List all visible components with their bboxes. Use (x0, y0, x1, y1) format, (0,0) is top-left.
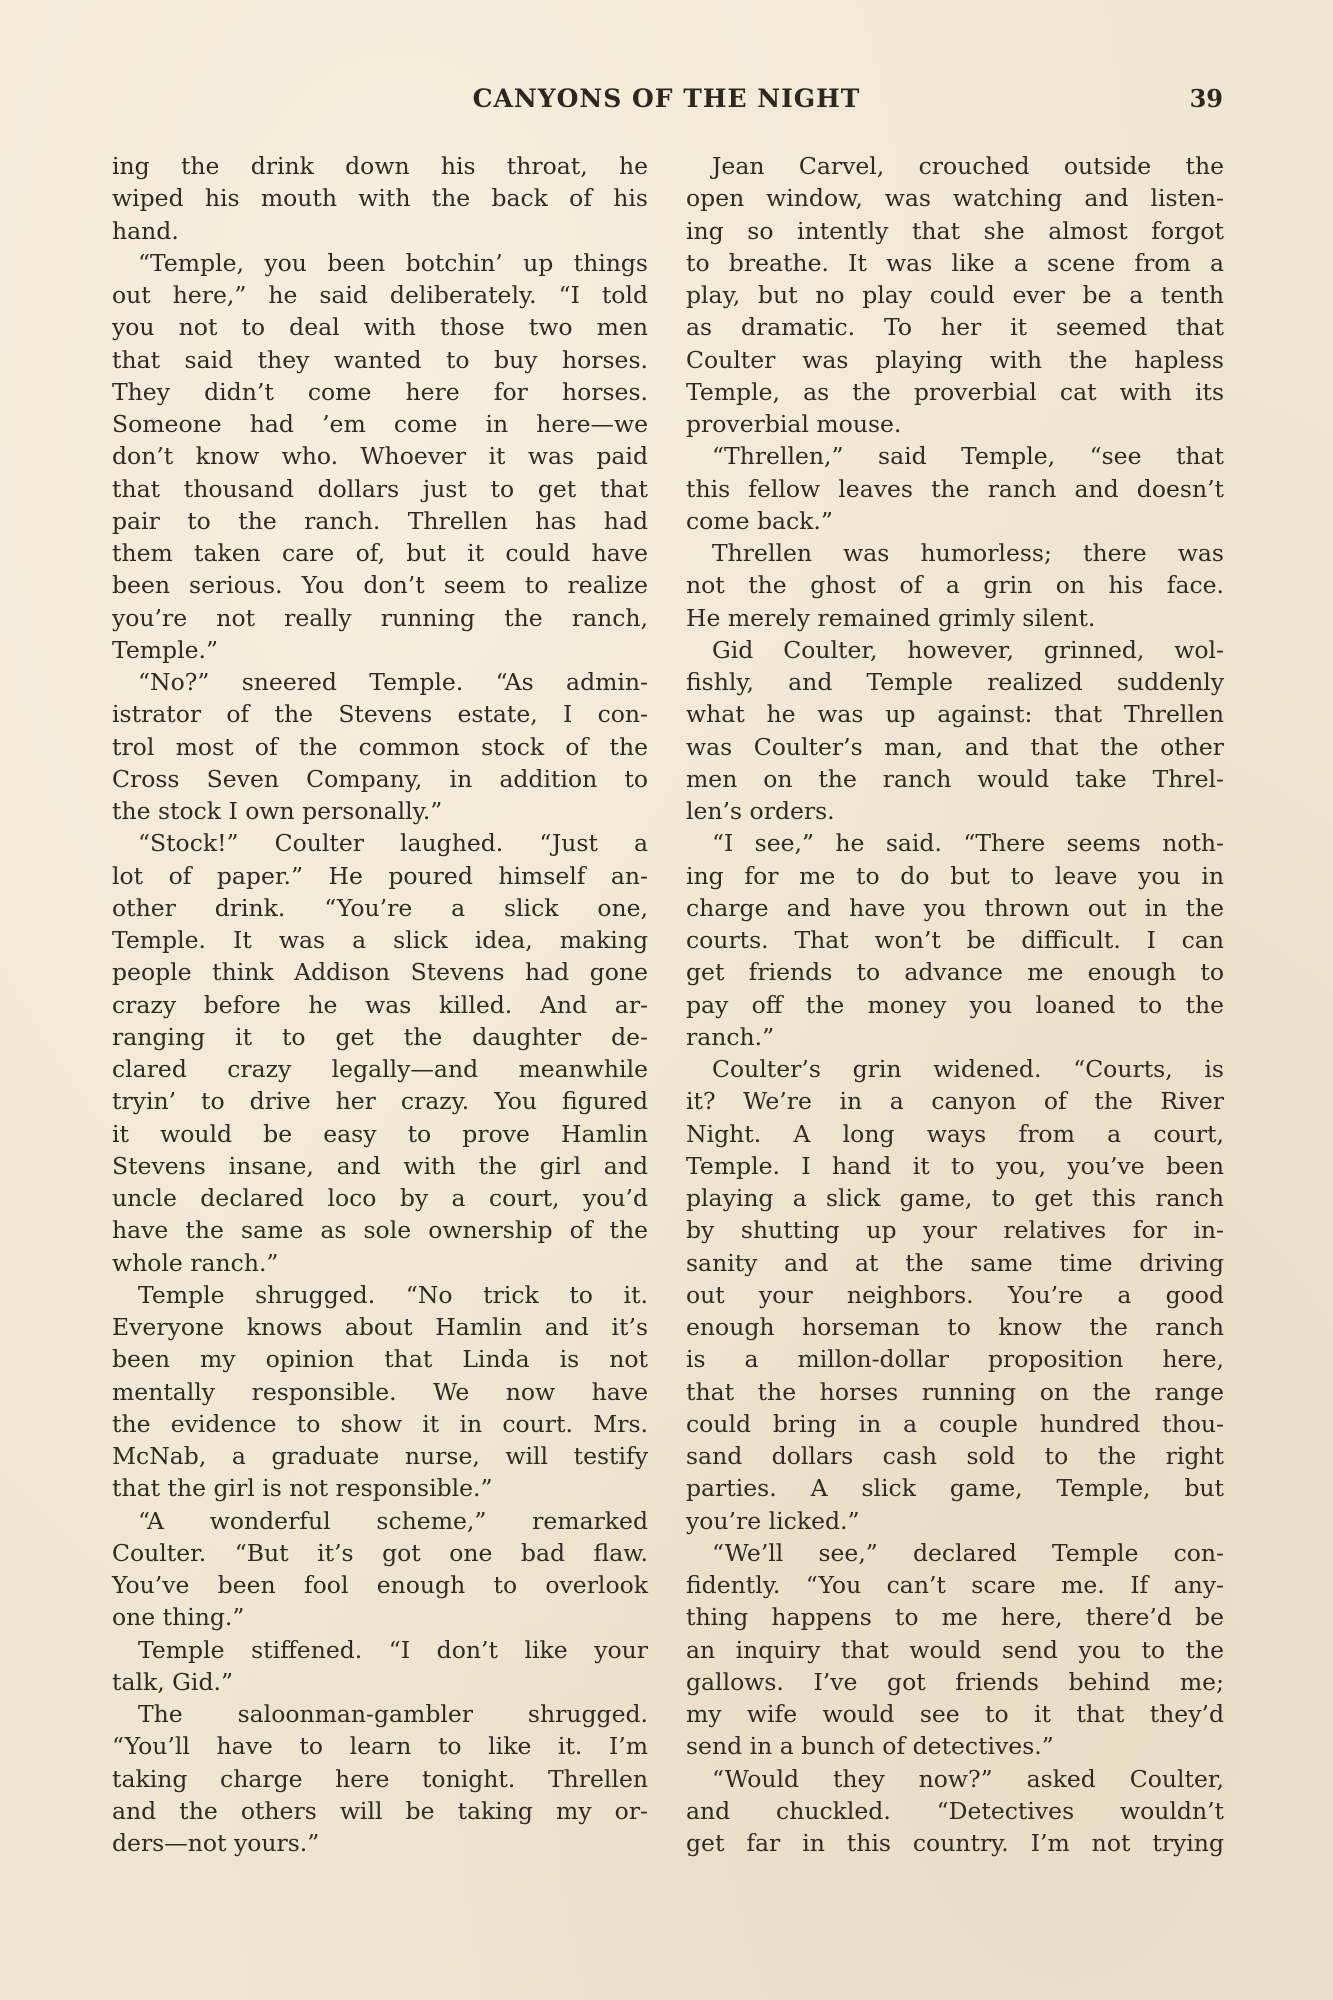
text-line: as dramatic. To her it seemed that (686, 311, 1224, 343)
paragraph: “I see,” he said. “There seems noth-ing … (686, 827, 1224, 1053)
text-line: this fellow leaves the ranch and doesn’t (686, 473, 1224, 505)
text-line: is a millon-dollar proposition here, (686, 1343, 1224, 1375)
text-line: men on the ranch would take Threl- (686, 763, 1224, 795)
text-line: The saloonman-gambler shrugged. (112, 1698, 648, 1730)
text-line: clared crazy legally—and meanwhile (112, 1053, 648, 1085)
text-line: send in a bunch of detectives.” (686, 1730, 1224, 1762)
text-line: other drink. “You’re a slick one, (112, 892, 648, 924)
text-line: mentally responsible. We now have (112, 1376, 648, 1408)
text-line: one thing.” (112, 1601, 648, 1633)
text-line: hand. (112, 215, 648, 247)
text-line: Temple.” (112, 634, 648, 666)
text-line: courts. That won’t be difficult. I can (686, 924, 1224, 956)
paragraph: Gid Coulter, however, grinned, wol-fishl… (686, 634, 1224, 828)
text-line: open window, was watching and listen- (686, 182, 1224, 214)
text-line: Night. A long ways from a court, (686, 1118, 1224, 1150)
text-line: thing happens to me here, there’d be (686, 1601, 1224, 1633)
paragraph: Temple shrugged. “No trick to it.Everyon… (112, 1279, 648, 1505)
text-line: have the same as sole ownership of the (112, 1214, 648, 1246)
text-line: Temple, as the proverbial cat with its (686, 376, 1224, 408)
text-line: get far in this country. I’m not trying (686, 1827, 1224, 1859)
text-line: They didn’t come here for horses. (112, 376, 648, 408)
text-line: proverbial mouse. (686, 408, 1224, 440)
text-line: parties. A slick game, Temple, but (686, 1472, 1224, 1504)
text-line: “Threllen,” said Temple, “see that (686, 440, 1224, 472)
text-line: ing for me to do but to leave you in (686, 860, 1224, 892)
text-line: it would be easy to prove Hamlin (112, 1118, 648, 1150)
text-line: the stock I own personally.” (112, 795, 648, 827)
text-line: “No?” sneered Temple. “As admin- (112, 666, 648, 698)
text-line: get friends to advance me enough to (686, 956, 1224, 988)
text-line: was Coulter’s man, and that the other (686, 731, 1224, 763)
text-line: pay off the money you loaned to the (686, 989, 1224, 1021)
text-line: trol most of the common stock of the (112, 731, 648, 763)
text-line: sanity and at the same time driving (686, 1247, 1224, 1279)
paragraph: “Would they now?” asked Coulter,and chuc… (686, 1763, 1224, 1860)
text-line: and chuckled. “Detectives wouldn’t (686, 1795, 1224, 1827)
text-line: come back.” (686, 505, 1224, 537)
text-line: Temple. I hand it to you, you’ve been (686, 1150, 1224, 1182)
text-line: Threllen was humorless; there was (686, 537, 1224, 569)
running-title: CANYONS OF THE NIGHT (0, 84, 1333, 113)
text-line: fishly, and Temple realized suddenly (686, 666, 1224, 698)
text-line: ing so intently that she almost forgot (686, 215, 1224, 247)
text-line: lot of paper.” He poured himself an- (112, 860, 648, 892)
text-line: ing the drink down his throat, he (112, 150, 648, 182)
text-line: you’re not really running the ranch, (112, 602, 648, 634)
text-line: He merely remained grimly silent. (686, 602, 1224, 634)
text-line: out your neighbors. You’re a good (686, 1279, 1224, 1311)
text-line: “I see,” he said. “There seems noth- (686, 827, 1224, 859)
paragraph: Temple stiffened. “I don’t like yourtalk… (112, 1634, 648, 1699)
text-line: talk, Gid.” (112, 1666, 648, 1698)
text-line: could bring in a couple hundred thou- (686, 1408, 1224, 1440)
text-line: You’ve been fool enough to overlook (112, 1569, 648, 1601)
text-line: Coulter. “But it’s got one bad flaw. (112, 1537, 648, 1569)
text-line: to breathe. It was like a scene from a (686, 247, 1224, 279)
text-line: gallows. I’ve got friends behind me; (686, 1666, 1224, 1698)
text-line: the evidence to show it in court. Mrs. (112, 1408, 648, 1440)
text-line: “Stock!” Coulter laughed. “Just a (112, 827, 648, 859)
text-line: “You’ll have to learn to like it. I’m (112, 1730, 648, 1762)
text-line: wiped his mouth with the back of his (112, 182, 648, 214)
text-line: and the others will be taking my or- (112, 1795, 648, 1827)
text-line: play, but no play could ever be a tenth (686, 279, 1224, 311)
paragraph: “We’ll see,” declared Temple con-fidentl… (686, 1537, 1224, 1763)
paragraph: “Threllen,” said Temple, “see thatthis f… (686, 440, 1224, 537)
text-line: “We’ll see,” declared Temple con- (686, 1537, 1224, 1569)
text-line: that the horses running on the range (686, 1376, 1224, 1408)
text-line: my wife would see to it that they’d (686, 1698, 1224, 1730)
text-line: them taken care of, but it could have (112, 537, 648, 569)
left-column: ing the drink down his throat, hewiped h… (112, 150, 648, 1859)
text-line: not the ghost of a grin on his face. (686, 569, 1224, 601)
text-line: that thousand dollars just to get that (112, 473, 648, 505)
paragraph: Coulter’s grin widened. “Courts, isit? W… (686, 1053, 1224, 1537)
text-line: “Would they now?” asked Coulter, (686, 1763, 1224, 1795)
text-line: Coulter’s grin widened. “Courts, is (686, 1053, 1224, 1085)
text-line: Jean Carvel, crouched outside the (686, 150, 1224, 182)
text-line: tryin’ to drive her crazy. You figured (112, 1085, 648, 1117)
paragraph: The saloonman-gambler shrugged.“You’ll h… (112, 1698, 648, 1859)
text-line: Temple. It was a slick idea, making (112, 924, 648, 956)
running-head: CANYONS OF THE NIGHT 39 (0, 84, 1333, 120)
text-line: been my opinion that Linda is not (112, 1343, 648, 1375)
text-line: crazy before he was killed. And ar- (112, 989, 648, 1021)
text-line: taking charge here tonight. Threllen (112, 1763, 648, 1795)
text-line: McNab, a graduate nurse, will testify (112, 1440, 648, 1472)
text-line: you’re licked.” (686, 1505, 1224, 1537)
text-line: out here,” he said deliberately. “I told (112, 279, 648, 311)
paragraph: ing the drink down his throat, hewiped h… (112, 150, 648, 247)
text-line: by shutting up your relatives for in- (686, 1214, 1224, 1246)
text-line: Someone had ’em come in here—we (112, 408, 648, 440)
text-line: istrator of the Stevens estate, I con- (112, 698, 648, 730)
text-line: ranging it to get the daughter de- (112, 1021, 648, 1053)
text-line: “Temple, you been botchin’ up things (112, 247, 648, 279)
text-line: pair to the ranch. Threllen has had (112, 505, 648, 537)
text-line: Stevens insane, and with the girl and (112, 1150, 648, 1182)
paragraph: “A wonderful scheme,” remarkedCoulter. “… (112, 1505, 648, 1634)
text-line: been serious. You don’t seem to realize (112, 569, 648, 601)
text-line: “A wonderful scheme,” remarked (112, 1505, 648, 1537)
text-line: fidently. “You can’t scare me. If any- (686, 1569, 1224, 1601)
text-line: that the girl is not responsible.” (112, 1472, 648, 1504)
text-line: don’t know who. Whoever it was paid (112, 440, 648, 472)
text-line: enough horseman to know the ranch (686, 1311, 1224, 1343)
paragraph: “Temple, you been botchin’ up thingsout … (112, 247, 648, 666)
text-line: Temple stiffened. “I don’t like your (112, 1634, 648, 1666)
text-line: that said they wanted to buy horses. (112, 344, 648, 376)
text-line: Temple shrugged. “No trick to it. (112, 1279, 648, 1311)
paragraph: Jean Carvel, crouched outside theopen wi… (686, 150, 1224, 440)
text-line: playing a slick game, to get this ranch (686, 1182, 1224, 1214)
text-line: charge and have you thrown out in the (686, 892, 1224, 924)
text-line: uncle declared loco by a court, you’d (112, 1182, 648, 1214)
text-line: an inquiry that would send you to the (686, 1634, 1224, 1666)
text-line: Cross Seven Company, in addition to (112, 763, 648, 795)
text-line: whole ranch.” (112, 1247, 648, 1279)
text-line: Everyone knows about Hamlin and it’s (112, 1311, 648, 1343)
page-number: 39 (1190, 84, 1223, 113)
text-line: you not to deal with those two men (112, 311, 648, 343)
text-line: ranch.” (686, 1021, 1224, 1053)
text-line: Coulter was playing with the hapless (686, 344, 1224, 376)
paragraph: “No?” sneered Temple. “As admin-istrator… (112, 666, 648, 827)
text-line: len’s orders. (686, 795, 1224, 827)
right-column: Jean Carvel, crouched outside theopen wi… (686, 150, 1224, 1859)
text-line: sand dollars cash sold to the right (686, 1440, 1224, 1472)
text-line: ders—not yours.” (112, 1827, 648, 1859)
text-line: Gid Coulter, however, grinned, wol- (686, 634, 1224, 666)
book-page: CANYONS OF THE NIGHT 39 ing the drink do… (0, 0, 1333, 2000)
paragraph: “Stock!” Coulter laughed. “Just alot of … (112, 827, 648, 1279)
text-line: people think Addison Stevens had gone (112, 956, 648, 988)
paragraph: Threllen was humorless; there wasnot the… (686, 537, 1224, 634)
text-line: what he was up against: that Threllen (686, 698, 1224, 730)
text-line: it? We’re in a canyon of the River (686, 1085, 1224, 1117)
